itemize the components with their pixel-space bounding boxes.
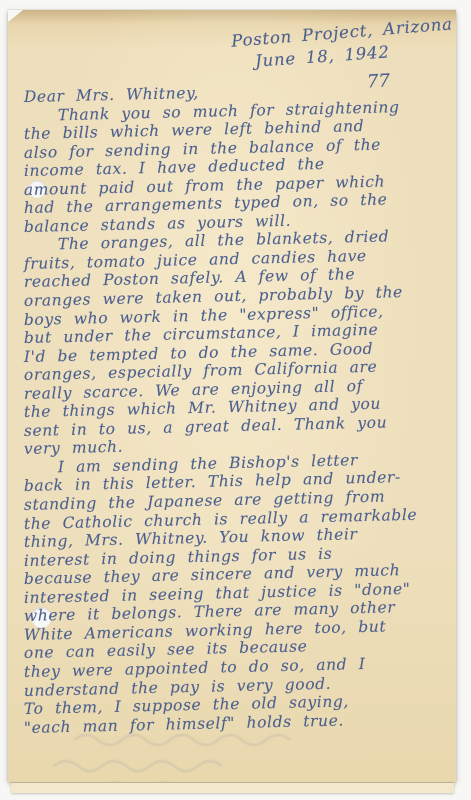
letter-body: Dear Mrs. Whitney, Thank you so much for… bbox=[24, 88, 454, 737]
letter-page: Poston Project, Arizona June 18, 1942 77… bbox=[8, 10, 456, 782]
under-page-edge bbox=[11, 782, 454, 793]
scan-background: Poston Project, Arizona June 18, 1942 77… bbox=[0, 0, 471, 800]
